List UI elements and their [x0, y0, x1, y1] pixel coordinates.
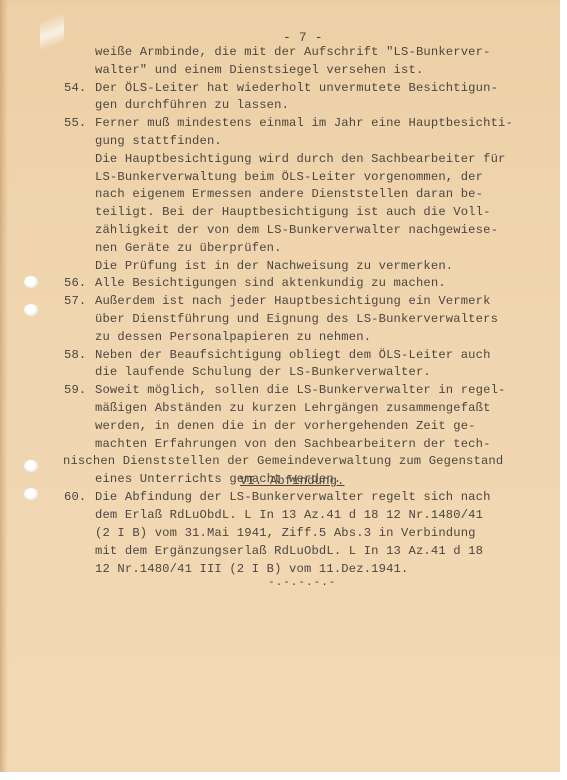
text-line: LS-Bunkerverwaltung beim ÖLS-Leiter vorg… — [95, 170, 483, 184]
paragraph-number: 58. — [64, 348, 86, 362]
paragraph-number: 59. — [64, 383, 86, 397]
page-number: - 7 - — [283, 30, 323, 45]
text-line: Die Hauptbesichtigung wird durch den Sac… — [95, 152, 506, 166]
text-line: (2 I B) vom 31.Mai 1941, Ziff.5 Abs.3 in… — [95, 526, 476, 540]
text-line: werden, in denen die in der vorhergehend… — [95, 419, 476, 433]
punch-hole-icon — [24, 304, 38, 316]
text-line: Die Abfindung der LS-Bunkerverwalter reg… — [95, 490, 491, 504]
paper-fold-mark — [40, 0, 64, 60]
paragraph-number: 54. — [64, 81, 86, 95]
text-line: Neben der Beaufsichtigung obliegt dem ÖL… — [95, 348, 491, 362]
section-heading: VI. Abfindung. — [240, 474, 345, 488]
paragraph-number: 56. — [64, 276, 86, 290]
text-line: walter" und einem Dienstsiegel versehen … — [95, 63, 423, 77]
text-line: nischen Dienststellen der Gemeindeverwal… — [63, 454, 503, 468]
text-line: zähligkeit der von dem LS-Bunkerverwalte… — [95, 223, 498, 237]
text-line: gen durchführen zu lassen. — [95, 98, 289, 112]
text-line: nen Geräte zu überprüfen. — [95, 241, 282, 255]
text-line: Alle Besichtigungen sind aktenkundig zu … — [95, 276, 446, 290]
text-line: Der ÖLS-Leiter hat wiederholt unvermutet… — [95, 81, 498, 95]
text-line: Außerdem ist nach jeder Hauptbesichtigun… — [95, 294, 491, 308]
text-line: dem Erlaß RdLuObdL. L In 13 Az.41 d 18 1… — [95, 508, 483, 522]
text-line: Die Prüfung ist in der Nachweisung zu ve… — [95, 259, 453, 273]
text-line: über Dienstführung und Eignung des LS-Bu… — [95, 312, 498, 326]
punch-hole-icon — [24, 488, 38, 500]
text-line: weiße Armbinde, die mit der Aufschrift "… — [95, 45, 491, 59]
text-line: 12 Nr.1480/41 III (2 I B) vom 11.Dez.194… — [95, 562, 408, 576]
document-page: - 7 - weiße Armbinde, die mit der Aufsch… — [0, 0, 560, 772]
text-line: machten Erfahrungen von den Sachbearbeit… — [95, 437, 491, 451]
text-line: zu dessen Personalpapieren zu nehmen. — [95, 330, 371, 344]
punch-hole-icon — [24, 276, 38, 288]
punch-hole-icon — [24, 460, 38, 472]
text-line: Ferner muß mindestens einmal im Jahr ein… — [95, 116, 513, 130]
text-line: mit dem Ergänzungserlaß RdLuObdL. L In 1… — [95, 544, 483, 558]
paragraph-number: 55. — [64, 116, 86, 130]
end-mark: -.-.-.-.- — [268, 577, 336, 589]
text-line: teiligt. Bei der Hauptbesichtigung ist a… — [95, 205, 491, 219]
text-line: die laufende Schulung der LS-Bunkerverwa… — [95, 365, 431, 379]
paragraph-number: 60. — [64, 490, 86, 504]
paragraph-number: 57. — [64, 294, 86, 308]
text-line: gung stattfinden. — [95, 134, 222, 148]
text-line: Soweit möglich, sollen die LS-Bunkerverw… — [95, 383, 506, 397]
text-line: nach eigenem Ermessen andere Dienststell… — [95, 187, 483, 201]
text-line: mäßigen Abständen zu kurzen Lehrgängen z… — [95, 401, 491, 415]
